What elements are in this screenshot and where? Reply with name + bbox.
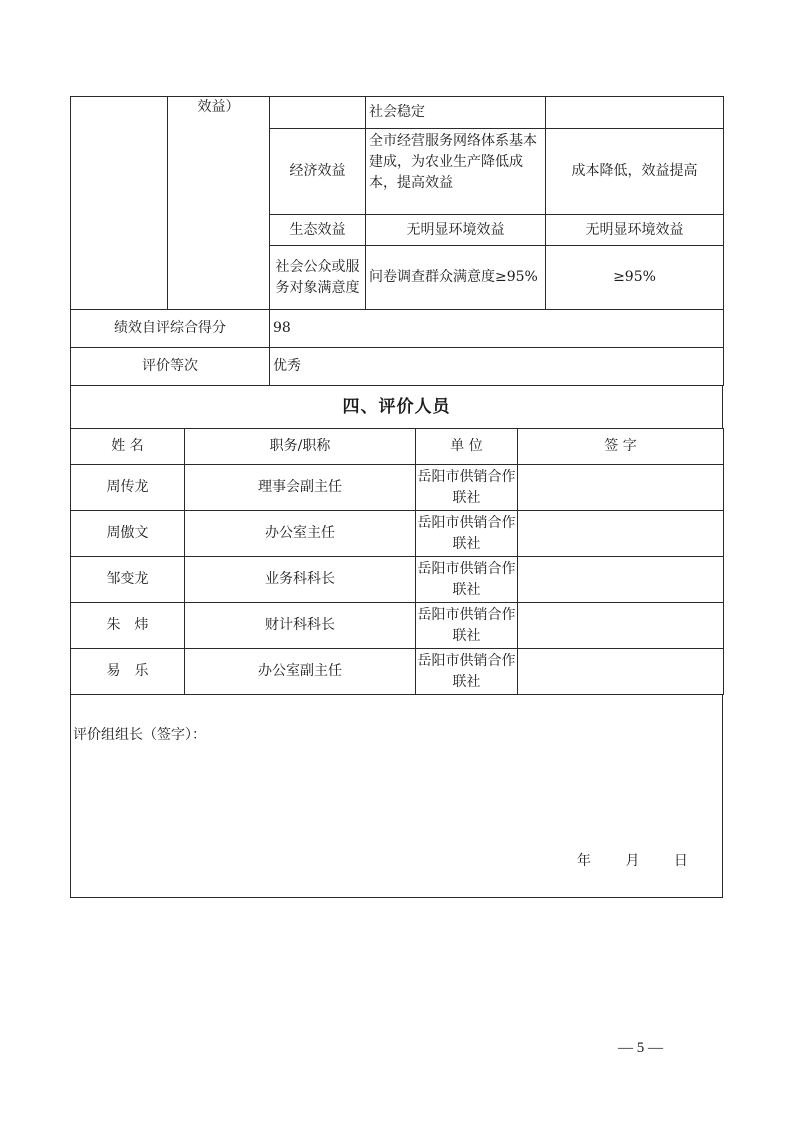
indicator-cell: 生态效益 [270, 215, 366, 246]
evaluator-name: 朱 炜 [71, 603, 185, 649]
signature-field[interactable] [518, 465, 724, 511]
leader-signature-table: 评价组组长（签字）： 年 月 日 [70, 694, 723, 898]
grade-value: 优秀 [270, 348, 724, 386]
score-label: 绩效自评综合得分 [71, 310, 270, 348]
evaluators-table: 姓 名 职务/职称 单 位 签 字 周传龙 理事会副主任 岳阳市供销合作联社 周… [70, 428, 724, 695]
indicator-cell [270, 97, 366, 129]
target-cell: 全市经营服务网络体系基本建成，为农业生产降低成本，提高效益 [366, 129, 546, 215]
evaluator-name: 易 乐 [71, 649, 185, 695]
evaluator-name: 邹变龙 [71, 557, 185, 603]
section-title-table: 四、评价人员 [70, 385, 723, 429]
evaluator-unit: 岳阳市供销合作联社 [416, 603, 518, 649]
signature-field[interactable] [518, 511, 724, 557]
table-row: 周傲文 办公室主任 岳阳市供销合作联社 [71, 511, 724, 557]
indicators-table: 效益） 社会稳定 经济效益 全市经营服务网络体系基本建成，为农业生产降低成本，提… [70, 96, 724, 310]
actual-cell: 无明显环境效益 [546, 215, 724, 246]
table-row: 易 乐 办公室副主任 岳阳市供销合作联社 [71, 649, 724, 695]
table-row: 邹变龙 业务科科长 岳阳市供销合作联社 [71, 557, 724, 603]
evaluator-title: 办公室主任 [185, 511, 416, 557]
evaluator-unit: 岳阳市供销合作联社 [416, 465, 518, 511]
header-unit: 单 位 [416, 429, 518, 465]
evaluator-title: 办公室副主任 [185, 649, 416, 695]
score-value: 98 [270, 310, 724, 348]
evaluator-name: 周傲文 [71, 511, 185, 557]
header-name: 姓 名 [71, 429, 185, 465]
subcategory-cell: 效益） [168, 97, 270, 310]
actual-cell [546, 97, 724, 129]
section-title: 四、评价人员 [71, 386, 723, 429]
target-cell: 社会稳定 [366, 97, 546, 129]
evaluator-title: 理事会副主任 [185, 465, 416, 511]
subcategory-label: 效益） [198, 99, 240, 115]
leader-signature-box[interactable]: 评价组组长（签字）： 年 月 日 [71, 695, 723, 898]
signature-date: 年 月 日 [577, 851, 688, 872]
document-page: 效益） 社会稳定 经济效益 全市经营服务网络体系基本建成，为农业生产降低成本，提… [0, 0, 793, 1122]
header-signature: 签 字 [518, 429, 724, 465]
indicator-cell: 经济效益 [270, 129, 366, 215]
target-cell: 无明显环境效益 [366, 215, 546, 246]
evaluator-title: 业务科科长 [185, 557, 416, 603]
grade-label: 评价等次 [71, 348, 270, 386]
target-cell: 问卷调查群众满意度≥95% [366, 246, 546, 310]
page-number: — 5 — [618, 1040, 663, 1057]
evaluator-unit: 岳阳市供销合作联社 [416, 557, 518, 603]
evaluator-unit: 岳阳市供销合作联社 [416, 511, 518, 557]
signature-field[interactable] [518, 557, 724, 603]
header-title: 职务/职称 [185, 429, 416, 465]
actual-cell: ≥95% [546, 246, 724, 310]
evaluator-unit: 岳阳市供销合作联社 [416, 649, 518, 695]
actual-cell: 成本降低，效益提高 [546, 129, 724, 215]
signature-field[interactable] [518, 603, 724, 649]
leader-signature-label: 评价组组长（签字）： [73, 725, 206, 746]
table-row: 朱 炜 财计科科长 岳阳市供销合作联社 [71, 603, 724, 649]
signature-field[interactable] [518, 649, 724, 695]
table-header-row: 姓 名 职务/职称 单 位 签 字 [71, 429, 724, 465]
category-cell [71, 97, 168, 310]
table-row: 周传龙 理事会副主任 岳阳市供销合作联社 [71, 465, 724, 511]
evaluator-name: 周传龙 [71, 465, 185, 511]
evaluator-title: 财计科科长 [185, 603, 416, 649]
summary-table: 绩效自评综合得分 98 评价等次 优秀 [70, 309, 724, 386]
indicator-cell: 社会公众或服务对象满意度 [270, 246, 366, 310]
